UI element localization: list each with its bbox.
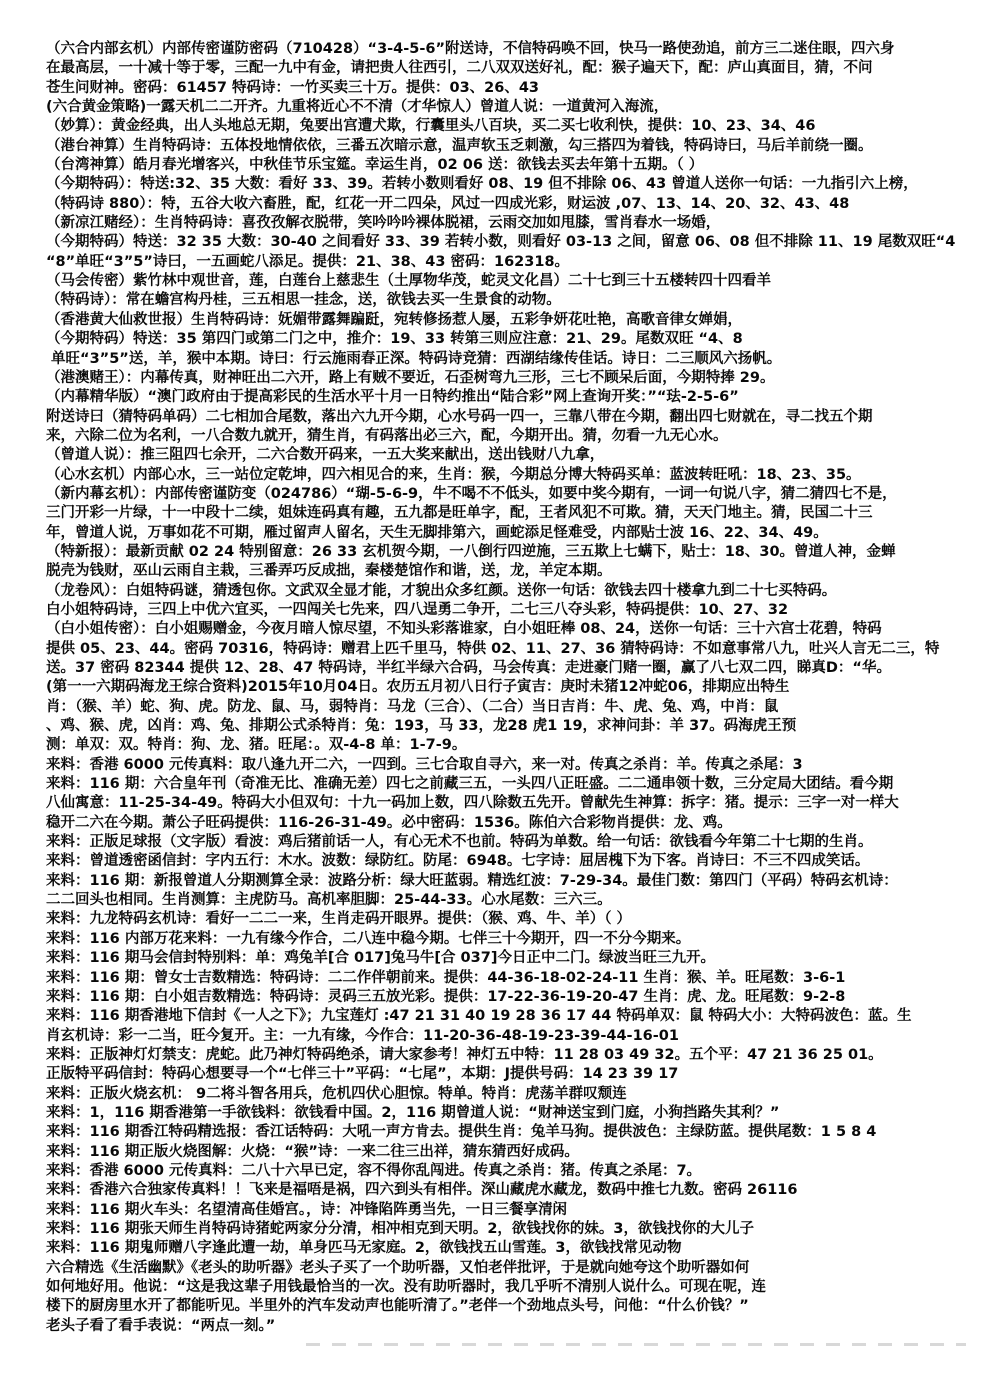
text-line: 来，六除二位为名利，一八合数九就开，猜生肖，有码落出必三六，配，今期开出。猜，勿…: [46, 427, 982, 446]
text-line: 稳开二六在今期。萧公子旺码提供：116-26-31-49。必中密码：1536。陈…: [46, 814, 982, 833]
text-line: 送。37 密码 82344 提供 12、28、47 特码诗，半红半绿六合码，马会…: [46, 659, 982, 678]
text-line: （新凉江赌经）：生肖特码诗：喜孜孜解衣脱带，笑吟吟吟裸体脱裙，云雨交加如甩膝，雪…: [46, 214, 982, 233]
text-line: (六合黄金策略)一露天机二二开齐。九重将近心不不清（才华惊人）曾道人说：一道黄河…: [46, 98, 982, 117]
text-line: （台湾神算）皓月春光增客兴，中秋佳节乐宝筵。幸运生肖，02 06 送：欲钱去买去…: [46, 156, 982, 175]
text-line: 在最高层，一十减十等于零，三配一九中有金，请把贵人往西引，二八双双送好礼，配：猴…: [46, 59, 982, 78]
scan-artifact-dotted-line: [306, 1343, 966, 1346]
text-line: 来料：116 期：白小姐吉数精选：特码诗：灵码三五放光彩。提供：17-22-36…: [46, 988, 982, 1007]
text-line: （内幕精华版）“澳门政府由于提高彩民的生活水平十月一日特约推出“陆合彩”网上查询…: [46, 388, 982, 407]
text-line: （今期特码）特送：35 第四门或第二门之中，推介：19、33 转第三则应注意：2…: [46, 330, 982, 349]
text-line: 来料：正版神灯灯禁支：虎蛇。此乃神灯特码绝杀，请大家参考！神灯五中特：11 28…: [46, 1046, 982, 1065]
text-line: 来料：1，116 期香港第一手欲钱料：欲钱看中国。2，116 期曾道人说：“财神…: [46, 1104, 982, 1123]
text-line: 肖：（猴、羊）蛇、狗、虎。防龙、鼠、马，弱特肖：马龙（三合）、（二合）当日吉肖：…: [46, 698, 982, 717]
text-line: 楼下的厨房里水开了都能听见。半里外的汽车发动声也能听清了。”老伴一个劲地点头号，…: [46, 1297, 982, 1316]
lottery-tips-document: （六合内部玄机）内部传密谨防密码（710428）“3-4-5-6”附送诗，不信特…: [0, 0, 992, 1388]
text-line: 来料：曾道透密函信封：字内五行：木水。波数：绿防红。防尾：6948。七字诗：屈居…: [46, 852, 982, 871]
text-line: （港台神算）生肖特码诗：五体投地情依依，三番五次暗示意，温声软玉乏刺激，勾三搭四…: [46, 137, 982, 156]
text-line: 来料：正版火烧玄机： 9二将斗智各用兵，危机四伏心胆惊。特单。特肖：虎荡羊群叹颓…: [46, 1085, 982, 1104]
text-line: 六合精选《生活幽默》《老头的助听器》老头子买了一个助听器，又怕老伴批评，于是就向…: [46, 1259, 982, 1278]
text-line: 如何地好用。他说：“这是我这辈子用钱最恰当的一次。没有助听器时，我几乎听不清别人…: [46, 1278, 982, 1297]
text-line: （妙算）：黄金经典，出人头地总无期，兔要出宫遭犬欺，行囊里头八百块，买二买七收利…: [46, 117, 982, 136]
text-line: 、鸡、猴、虎，凶肖：鸡、兔、排期公式杀特肖：兔：193，马 33，龙28 虎1 …: [46, 717, 982, 736]
text-line: 测：单双：双。特肖：狗、龙、猪。旺尾：。双-4-8 单：1-7-9。: [46, 736, 982, 755]
text-line: 来料：香港六合独家传真料！！飞来是福唔是祸，四六到头有相伴。深山藏虎水藏龙，数码…: [46, 1181, 982, 1200]
text-line: 来料：116 内部万花来料：一九有缘今作合，二八连中稳今期。七伴三十今期开，四一…: [46, 930, 982, 949]
text-line: 八仙寓意：11-25-34-49。特码大小但双句：十九一码加上数，四八除数五先开…: [46, 794, 982, 813]
document-text-lines: （六合内部玄机）内部传密谨防密码（710428）“3-4-5-6”附送诗，不信特…: [46, 40, 982, 1336]
text-line: 三门开彩一片绿，十一中段十二续，姐妹连码真有趣，五九都是旺单字，配，王者风犯不可…: [46, 504, 982, 523]
text-line: （特码诗）：常在蟾宫构丹桂，三五相思一挂念，送，欲钱去买一生景食的动物。: [46, 291, 982, 310]
text-line: 提供 05、23、44。密码 70316，特码诗：赠君上匹千里马，特供 02、1…: [46, 640, 982, 659]
text-line: 年，曾道人说，万事如花不可期，雁过留声人留名，天生无脚排第六，画蛇添足怪难受，内…: [46, 524, 982, 543]
text-line: （香港黄大仙救世报）生肖特码诗：妩媚带露舞蹁跹，宛转修扬惹人屡，五彩争妍花吐艳，…: [46, 311, 982, 330]
text-line: （今期特码）特送：32 35 大数：30-40 之间看好 33、39 若转小数，…: [46, 233, 982, 252]
text-line: 来料：116 期：曾女士吉数精选：特码诗：二二作伴朝前来。提供：44-36-18…: [46, 969, 982, 988]
text-line: 老头子看了看手表说：“两点一刻。”: [46, 1317, 982, 1336]
text-line: 来料：116 期香江特码精选报：香江话特码：大吼一声方肯去。提供生肖：兔羊马狗。…: [46, 1123, 982, 1142]
text-line: “8”单旺“3”5”诗曰，一五画蛇八添足。提供：21、38、43 密码：1623…: [46, 253, 982, 272]
text-line: 肖玄机诗：彩一二当，旺今复开。主：一九有缘，今作合：11-20-36-48-19…: [46, 1027, 982, 1046]
text-line: （曾道人说）：推三阻四七余开，二六合数开码来，一五大奖来献出，送出钱财八九拿，: [46, 446, 982, 465]
text-line: （心水玄机）内部心水，三一站位定乾坤，四六相见合的来，生肖：猴，今期总分博大特码…: [46, 466, 982, 485]
text-line: 苍生问财神。密码：61457 特码诗：一竹买卖三十万。提供：03、26、43: [46, 79, 982, 98]
text-line: 附送诗曰（猜特码单码）二七相加合尾数，落出六九开今期，心水号码一四一，三靠八带在…: [46, 408, 982, 427]
text-line: 来料：116 期鬼师赠八字逢此遭一劫，单身匹马无家庭。2，欲钱找五山雪莲。3，欲…: [46, 1239, 982, 1258]
text-line: 来料：116 期火车头：名望清高佳婚宫。，诗：冲锋陷阵勇当先，一日三餐享清闲: [46, 1201, 982, 1220]
text-line: (第一一六期码海龙王综合资料)2015年10月04日。农历五月初八日行子寅吉：庚…: [46, 678, 982, 697]
text-line: 来料：116 期香港地下信封《一人之下》；九宝莲灯 :47 21 31 40 1…: [46, 1007, 982, 1026]
text-line: 脱壳为钱财，巫山云雨自主栽，三番弄巧反成拙，秦楼楚馆作和谐，送，龙，羊定本期。: [46, 562, 982, 581]
text-line: （特新报）：最新贡献 02 24 特别留意：26 33 玄机贺今期，一八倒行四逆…: [46, 543, 982, 562]
text-line: 来料：116 期：新报曾道人分期测算全录：波路分析：绿大旺蓝弱。精选红波：7-2…: [46, 872, 982, 891]
text-line: （特码诗 880）：特，五谷大收六畜胜，配，红花一开二四朵，风过一四成光彩，财运…: [46, 195, 982, 214]
text-line: （六合内部玄机）内部传密谨防密码（710428）“3-4-5-6”附送诗，不信特…: [46, 40, 982, 59]
text-line: （龙卷风）：白姐特码谜，猜透包你。文武双全显才能，才貌出众多红颜。送你一句话：欲…: [46, 582, 982, 601]
text-line: （马会传密）紫竹林中观世音，莲，白莲台上慈悲生（土厚物华茂，蛇灵文化昌）二十七到…: [46, 272, 982, 291]
text-line: 白小姐特码诗，三四上中优六宜买，一四闯关七先来，四八逞勇二争开，二七三八夺头彩，…: [46, 601, 982, 620]
text-line: 来料：116 期马会信封特别料：单：鸡兔羊[合 017]兔马牛[合 037]今日…: [46, 949, 982, 968]
text-line: 来料：香港 6000 元传真料：二八十六早已定，容不得你乱闯进。传真之杀肖：猪。…: [46, 1162, 982, 1181]
text-line: （港澳赌王）：内幕传真，财神旺出二六开，路上有贼不要近，石歪树弯九三形，三七不顾…: [46, 369, 982, 388]
text-line: （新内幕玄机）：内部传密谨防变（024786）“瑚-5-6-9，牛不喝不不低头，…: [46, 485, 982, 504]
text-line: 来料：九龙特码玄机诗：看好一二二一来，生肖走码开眼界。提供：（猴、鸡、牛、羊）（…: [46, 910, 982, 929]
text-line: （白小姐传密）：白小姐赐赠金，今夜月暗人惊尽望，不知头彩落谁家，白小姐旺棒 08…: [46, 620, 982, 639]
text-line: 正版特平码信封：特码心想要寻一个“七伴三十”平码：“七尾”，本期：J提供号码：1…: [46, 1065, 982, 1084]
text-line: （今期特码）：特送:32、35 大数：看好 33、39。若转小数则看好 08、1…: [46, 175, 982, 194]
text-line: 二二回头也相同。生肖测算：主虎防马。高机率胆脚：25-44-33。心水尾数：三六…: [46, 891, 982, 910]
text-line: 来料：116 期正版火烧图解：火烧：“猴”诗：一来二往三出祥，猜东猜西好成码。: [46, 1143, 982, 1162]
text-line: 来料：正版足球报（文字版）看波：鸡后猪前话一人，有心无术不也前。特码为单数。给一…: [46, 833, 982, 852]
text-line: 来料：116 期：六合皇年刊（奇准无比、准确无差）四七之前藏三五，一头四八正旺盛…: [46, 775, 982, 794]
text-line: 来料：116 期张天师生肖特码诗猪蛇两家分分清，相冲相克到天明。2，欲钱找你的妹…: [46, 1220, 982, 1239]
text-line: 单旺“3”5”送，羊，猴中本期。诗曰：行云施雨春正深。特码诗竞猜：西湖结缘传佳话…: [46, 350, 982, 369]
text-line: 来料：香港 6000 元传真料：取八逢九开二六，一四到。三七合取自寻六，来一对。…: [46, 756, 982, 775]
